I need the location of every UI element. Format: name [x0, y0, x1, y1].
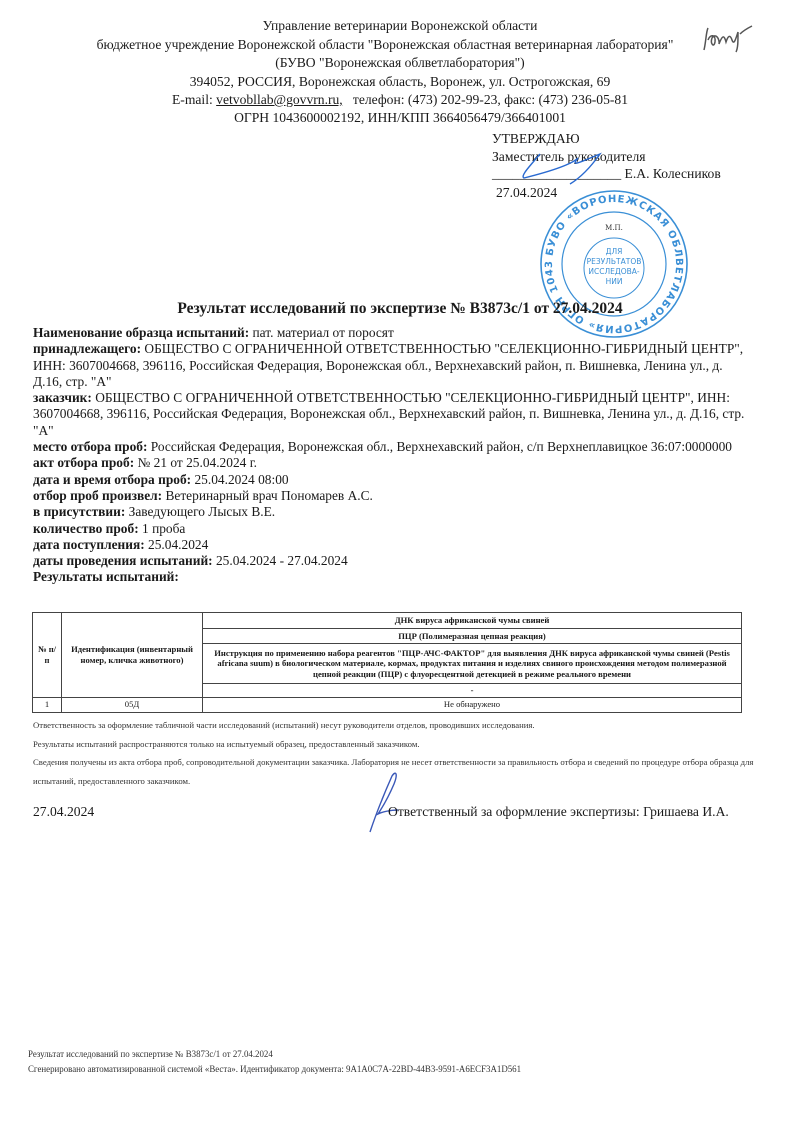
table-row: 1 05Д Не обнаружено — [33, 697, 742, 712]
note-scope: Результаты испытаний распространяются то… — [33, 735, 763, 754]
field-witness: в присутствии: Заведующего Лысых В.Е. — [33, 504, 753, 520]
test-name-header: ДНК вируса африканской чумы свиней — [203, 613, 742, 629]
sample-details: Наименование образца испытаний: пат. мат… — [33, 325, 753, 586]
field-sampling-act: акт отбора проб: № 21 от 25.04.2024 г. — [33, 455, 753, 471]
row-result: Не обнаружено — [203, 697, 742, 712]
header-ogrn: ОГРН 1043600002192, ИНН/КПП 3664056479/3… — [0, 110, 800, 126]
svg-text:НИИ: НИИ — [606, 277, 623, 286]
header-address: 394052, РОССИЯ, Воронежская область, Вор… — [0, 74, 800, 90]
document-title: Результат исследований по экспертизе № В… — [0, 300, 800, 318]
phone-fax: телефон: (473) 202-99-23, факс: (473) 23… — [353, 92, 628, 107]
svg-text:РЕЗУЛЬТАТОВ: РЕЗУЛЬТАТОВ — [587, 257, 642, 266]
field-sampling-datetime: дата и время отбора проб: 25.04.2024 08:… — [33, 472, 753, 488]
email-link[interactable]: vetvobllab@govvrn.ru, — [216, 92, 343, 107]
method-header: ПЦР (Полимеразная цепная реакция) — [203, 629, 742, 644]
header-institution: бюджетное учреждение Воронежской области… — [0, 37, 770, 53]
approver-signature-icon — [510, 148, 640, 188]
field-sample-name: Наименование образца испытаний: пат. мат… — [33, 325, 753, 341]
handwritten-initials-icon — [700, 22, 760, 56]
col-header-identification: Идентификация (инвентарный номер, кличка… — [62, 613, 203, 698]
note-responsibility: Ответственность за оформление табличной … — [33, 716, 763, 735]
row-number: 1 — [33, 697, 62, 712]
header-short-name: (БУВО "Воронежская облветлаборатория") — [0, 55, 800, 71]
field-test-dates: даты проведения испытаний: 25.04.2024 - … — [33, 553, 753, 569]
footer-date: 27.04.2024 — [33, 804, 94, 820]
field-sample-count: количество проб: 1 проба — [33, 521, 753, 537]
header-contacts: E-mail: vetvobllab@govvrn.ru, телефон: (… — [0, 92, 800, 108]
generated-title: Результат исследований по экспертизе № В… — [28, 1047, 521, 1062]
field-sampler: отбор проб произвел: Ветеринарный врач П… — [33, 488, 753, 504]
field-receipt-date: дата поступления: 25.04.2024 — [33, 537, 753, 553]
email-label: E-mail: — [172, 92, 213, 107]
instruction-header: Инструкция по применению набора реагенто… — [203, 644, 742, 684]
header-agency: Управление ветеринарии Воронежской облас… — [0, 18, 800, 34]
svg-text:ИССЛЕДОВА-: ИССЛЕДОВА- — [588, 267, 640, 276]
unit-header: - — [203, 684, 742, 698]
field-owner: принадлежащего: ОБЩЕСТВО С ОГРАНИЧЕННОЙ … — [33, 341, 753, 390]
svg-text:М.П.: М.П. — [605, 224, 623, 232]
generated-info: Результат исследований по экспертизе № В… — [28, 1047, 521, 1077]
field-customer: заказчик: ОБЩЕСТВО С ОГРАНИЧЕННОЙ ОТВЕТС… — [33, 390, 753, 439]
approval-heading: УТВЕРЖДАЮ — [492, 131, 580, 147]
col-header-number: № п/п — [33, 613, 62, 698]
field-results-heading: Результаты испытаний: — [33, 569, 753, 585]
field-sampling-place: место отбора проб: Российская Федерация,… — [33, 439, 753, 455]
generated-document-id: Сгенерировано автоматизированной системо… — [28, 1062, 521, 1077]
responsible-signature-icon — [368, 770, 408, 834]
svg-text:ДЛЯ: ДЛЯ — [606, 247, 623, 256]
row-identification: 05Д — [62, 697, 203, 712]
results-table: № п/п Идентификация (инвентарный номер, … — [32, 612, 742, 713]
footer-responsible: Ответственный за оформление экспертизы: … — [388, 804, 729, 820]
